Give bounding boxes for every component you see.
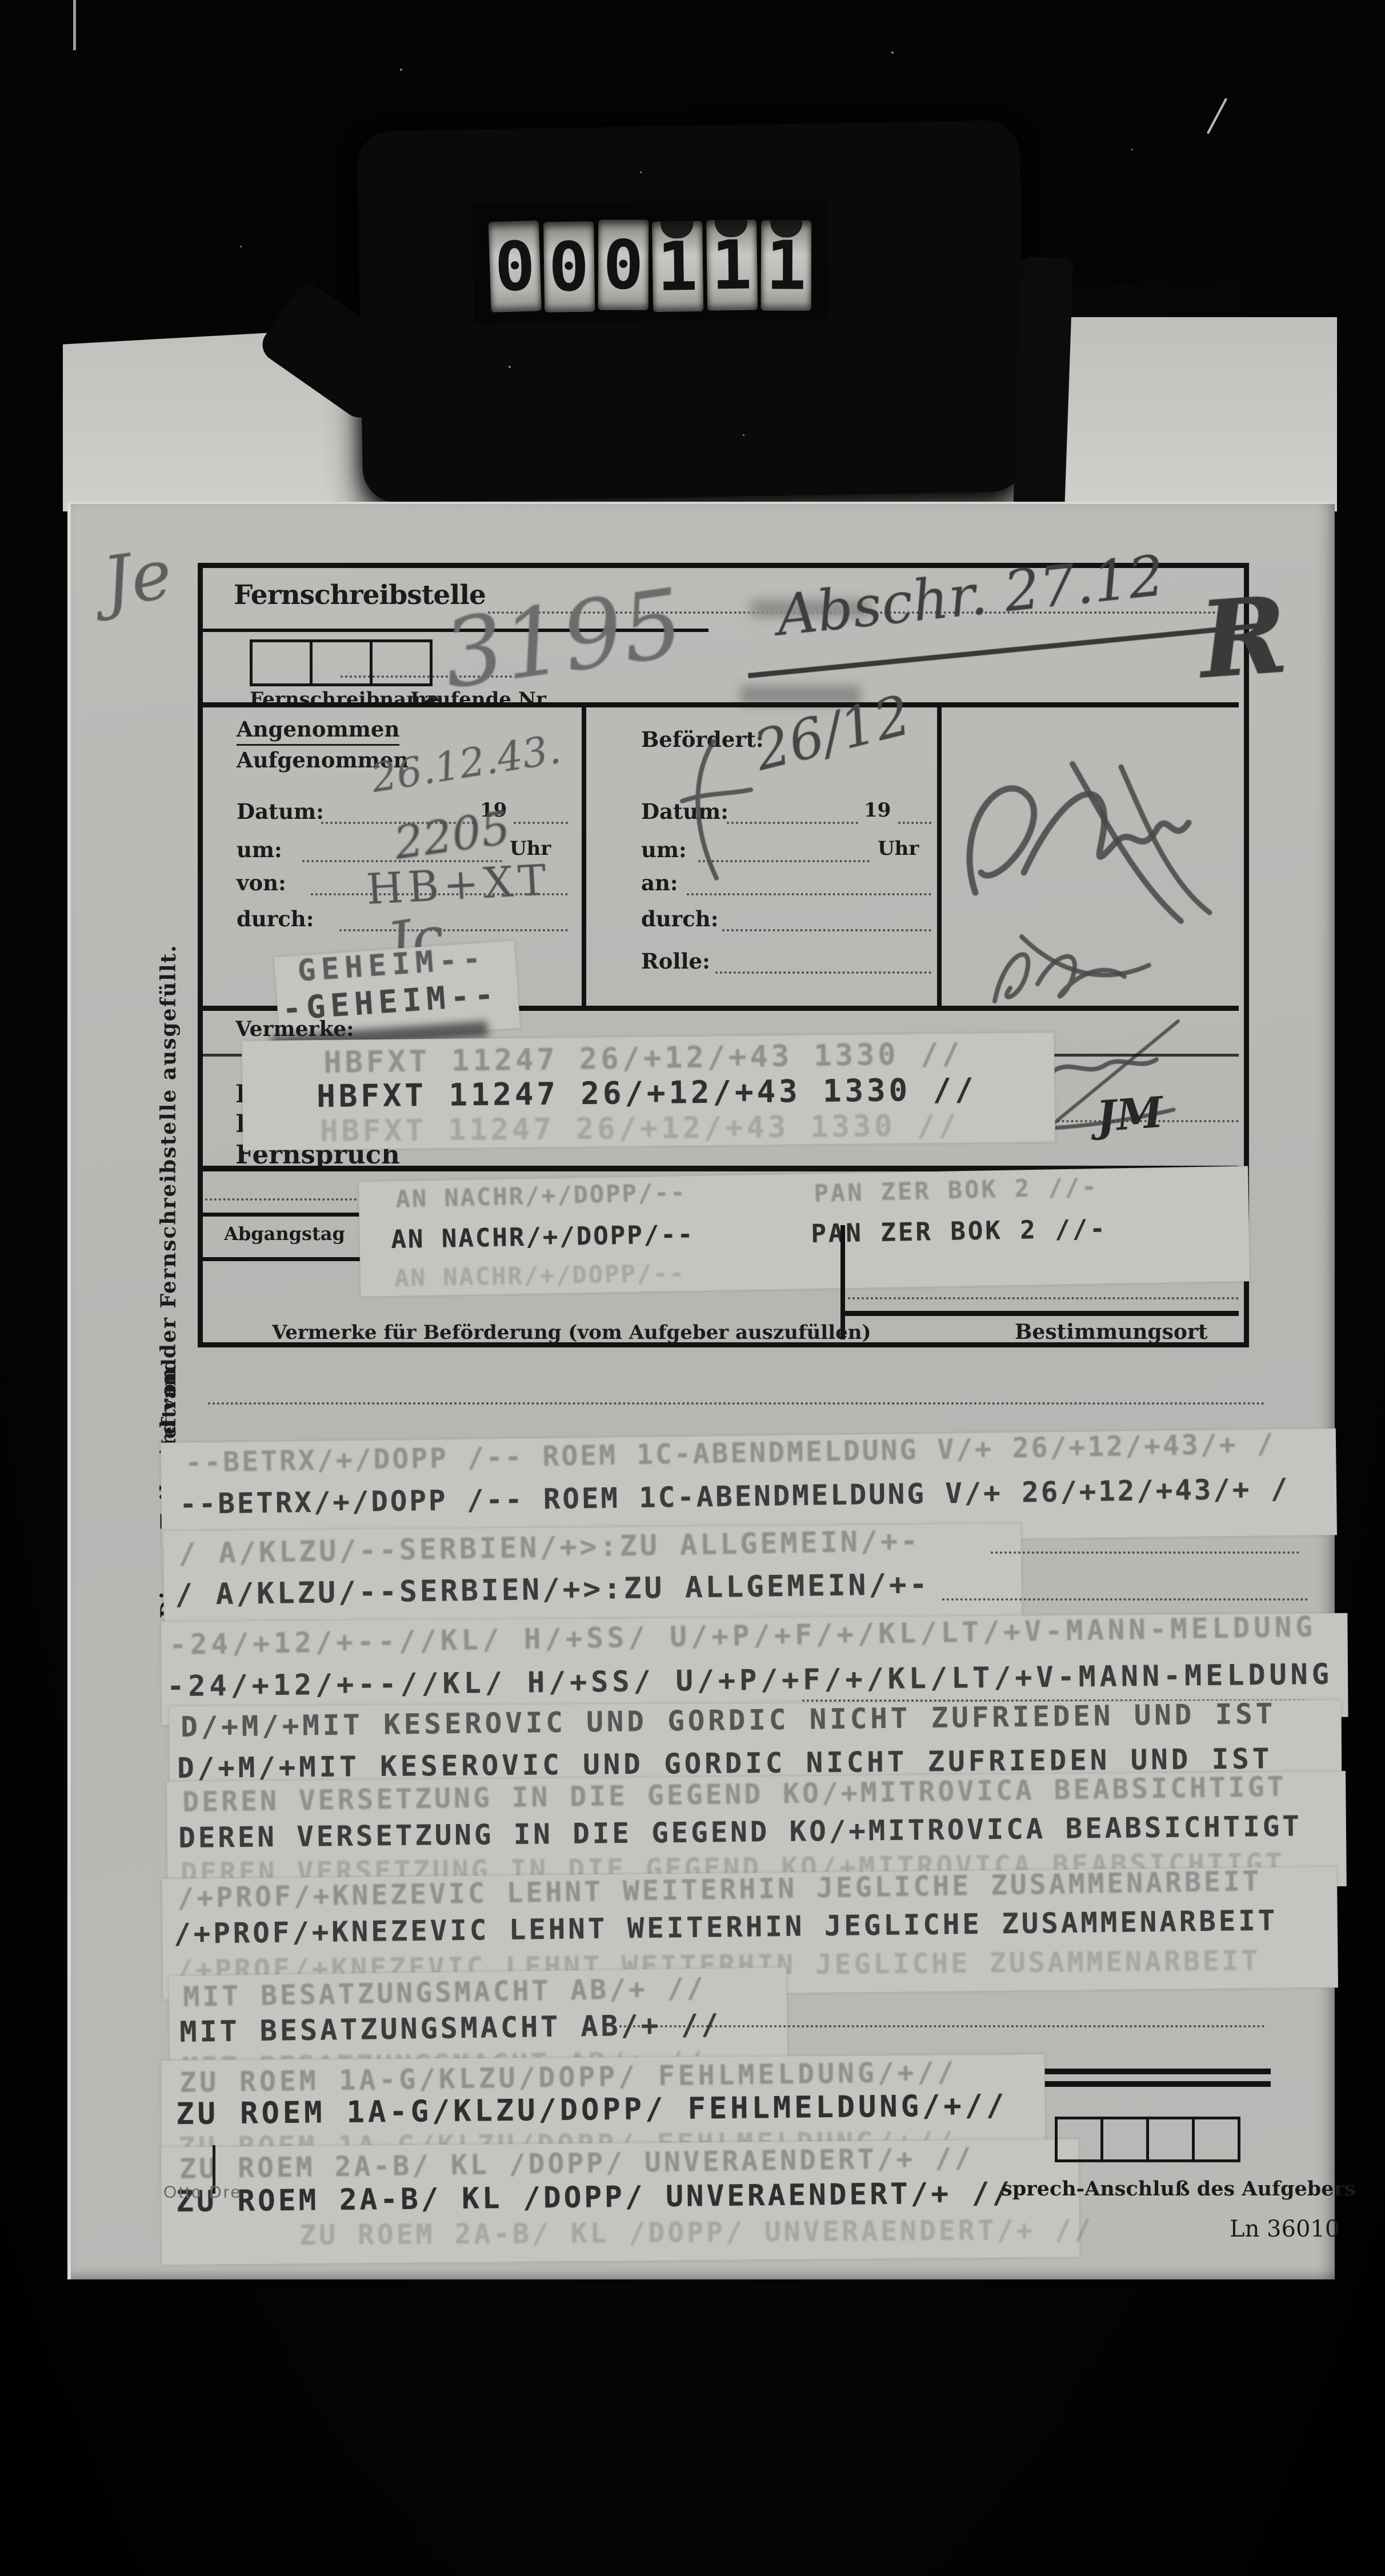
msg-line-9-echo: ZU ROEM 2A-B/ KL /DOPP/ UNVERAENDERT/+ /…	[299, 2214, 1094, 2251]
dust-speck	[1131, 149, 1133, 150]
header-line-echo: HBFXT 11247 26/+12/+43 1330 //	[320, 1109, 960, 1149]
form-paper: Dieser Teil wird von der Fernschreibstel…	[67, 502, 1335, 2279]
abgangstag-rule-bottom	[203, 1257, 362, 1261]
abgangstag-leader	[205, 1198, 357, 1201]
durch-label-left: durch:	[237, 906, 314, 931]
dust-speck	[640, 171, 642, 173]
datum-label-left: Datum:	[237, 799, 324, 824]
aufgeber-grid	[1055, 2117, 1240, 2162]
durch-label-mid: durch:	[641, 906, 718, 931]
double-rule-right-1	[1011, 2069, 1271, 2074]
year-prefix-mid: 19	[864, 799, 891, 822]
dust-speck	[509, 366, 511, 368]
uhr-label-mid: Uhr	[878, 837, 919, 860]
datum-leader-mid-tail	[898, 822, 931, 824]
header-line-main: HBFXT 11247 26/+12/+43 1330 //	[317, 1071, 977, 1114]
durch-leader-left	[339, 929, 568, 931]
dust-speck	[891, 51, 894, 54]
an-label-mid: an:	[641, 870, 678, 895]
um-label-left: um:	[237, 837, 282, 862]
grid-cell	[1149, 2117, 1195, 2162]
befoerderung-vermerke-label: Vermerke für Beförderung (vom Aufgeber a…	[272, 1321, 871, 1344]
section-rule-top	[203, 702, 1239, 707]
form-code-label: Ln 36010	[1230, 2216, 1339, 2242]
counter-window: 0 0 0 1 1 1	[473, 199, 828, 324]
corner-note-handwriting: Je	[98, 534, 177, 622]
counter-digit-1: 0	[488, 221, 541, 313]
address-right-main: PAN ZER BOK 2 //-	[811, 1214, 1107, 1249]
film-scratch-left	[73, 0, 76, 50]
abschrift-initial-handwriting: R	[1195, 572, 1292, 702]
margin-heftrand: Heftrand	[158, 1349, 181, 1457]
durch-leader-mid	[722, 929, 931, 931]
grid-cell	[1195, 2117, 1240, 2162]
abgangstag-rule-top	[203, 1213, 362, 1217]
address-left-main: AN NACHR/+/DOPP/--	[391, 1220, 695, 1254]
printer-mark: Otto Dre	[163, 2183, 242, 2202]
msg-leader	[942, 1598, 1308, 1601]
microfilm-scan: 0 0 0 1 1 1 Dieser Teil wird von der Fer…	[0, 0, 1385, 2576]
rolle-label: Rolle:	[641, 949, 710, 974]
befoerdert-scrawl	[674, 733, 759, 893]
signature-1	[955, 750, 1218, 938]
von-value-handwriting: HB+XT	[365, 855, 552, 914]
angenommen-label: Angenommen	[237, 717, 399, 746]
address-left-echo: AN NACHR/+/DOPP/--	[394, 1259, 686, 1292]
msg-leader	[991, 1551, 1299, 1554]
dust-speck	[743, 434, 744, 436]
dust-speck	[240, 246, 242, 247]
counter-digit-6: 1	[760, 221, 811, 311]
sprech-anschluss-label: sprech-Anschluß des Aufgebers	[1001, 2177, 1356, 2201]
rolle-leader	[715, 971, 931, 974]
von-label-left: von:	[237, 870, 286, 895]
column-divider-1	[582, 702, 586, 1010]
counter-digit-5: 1	[706, 219, 758, 310]
grid-cell	[1103, 2117, 1149, 2162]
grid-cell	[373, 639, 433, 686]
fernschreibname-grid	[250, 639, 433, 686]
monogram-handwriting: JM	[1095, 1088, 1165, 1142]
abgangstag-label: Abgangstag	[224, 1223, 345, 1245]
counter-digit-3: 0	[598, 220, 649, 310]
counter-digit-2: 0	[543, 221, 595, 312]
msg-leader	[619, 2025, 1265, 2027]
an-leader-mid	[687, 893, 931, 895]
dust-speck	[400, 69, 402, 71]
column-divider-2	[937, 702, 942, 1010]
counter-digit-4: 1	[652, 221, 703, 312]
bestimmungsort-rule	[845, 1311, 1239, 1316]
entry-leader-long	[208, 1402, 1265, 1405]
counter-lever	[1012, 257, 1073, 538]
grid-cell	[313, 639, 373, 686]
grid-cell	[1055, 2117, 1103, 2162]
vermerke-label: Vermerke:	[235, 1017, 354, 1041]
bestimmungsort-label: Bestimmungsort	[1015, 1320, 1207, 1344]
datum-leader-left-tail	[514, 822, 568, 824]
double-rule-right-2	[1011, 2081, 1271, 2087]
grid-cell	[250, 639, 313, 686]
bestimmungsort-leader	[848, 1297, 1239, 1299]
